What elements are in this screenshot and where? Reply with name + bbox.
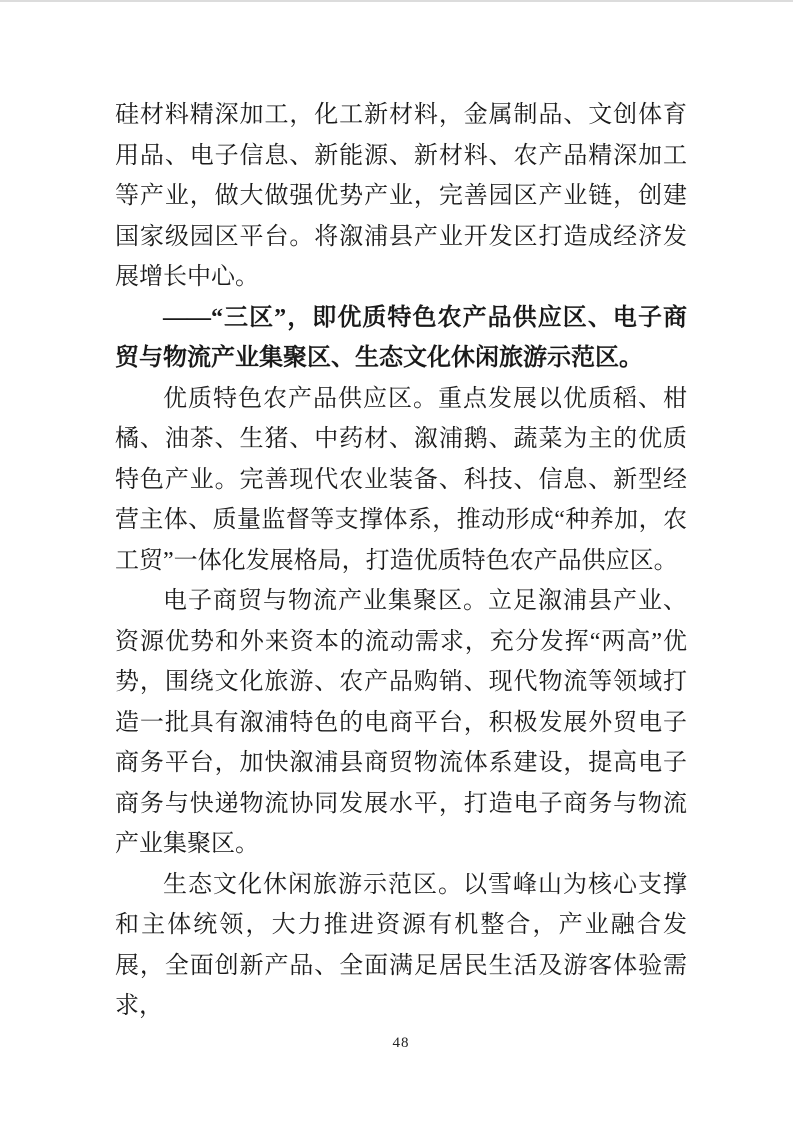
paragraph-eco-culture-tourism-zone: 生态文化休闲旅游示范区。以雪峰山为核心支撑和主体统领，大力推进资源有机整合，产业… xyxy=(115,865,687,1027)
paragraph-three-zones-heading: ——“三区”，即优质特色农产品供应区、电子商贸与物流产业集聚区、生态文化休闲旅游… xyxy=(115,298,687,379)
paragraph-industrial-park: 硅材料精深加工，化工新材料，金属制品、文创体育用品、电子信息、新能源、新材料、农… xyxy=(115,95,687,298)
paragraph-agri-product-supply-zone: 优质特色农产品供应区。重点发展以优质稻、柑橘、油茶、生猪、中药材、溆浦鹅、蔬菜为… xyxy=(115,379,687,582)
document-page: 硅材料精深加工，化工新材料，金属制品、文创体育用品、电子信息、新能源、新材料、农… xyxy=(0,0,793,1122)
paragraph-ecommerce-logistics-zone: 电子商贸与物流产业集聚区。立足溆浦县产业、资源优势和外来资本的流动需求，充分发挥… xyxy=(115,581,687,865)
page-number: 48 xyxy=(115,1035,687,1052)
document-body: 硅材料精深加工，化工新材料，金属制品、文创体育用品、电子信息、新能源、新材料、农… xyxy=(115,95,687,1027)
page-top-edge-line xyxy=(0,0,793,2)
